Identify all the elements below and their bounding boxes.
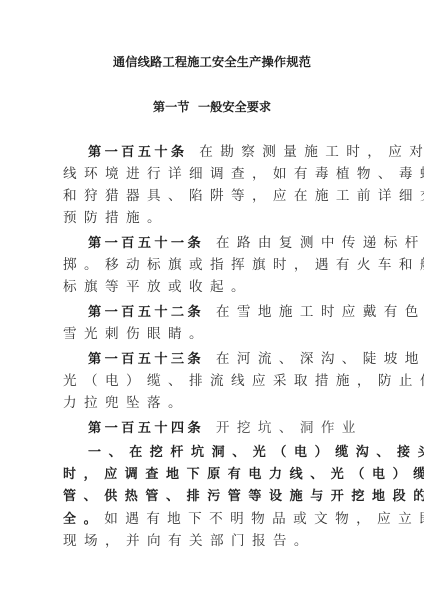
article-number: 第一百五十条 [88, 145, 188, 160]
paragraph-text: 掷。移动标旗或指挥旗时，遇有火车和船只等行驶，须将 [63, 254, 363, 276]
paragraph-text: 如遇有地下不明物品或文物，应立即停止挖掘，保护 [104, 511, 424, 527]
paragraph-text-bold: 全。 [63, 512, 104, 527]
article-154: 第一百五十四条 开挖坑、洞作业 [63, 417, 363, 439]
paragraph-text: 在河流、深沟、陡坡地段布放吊线、 [204, 351, 424, 367]
paragraph-text: 在路由复测中传递标杆时，不得抛 [204, 235, 424, 251]
paragraph-text: 开挖坑、洞作业 [204, 420, 363, 436]
paragraph-text: 现场，并向有关部门报告。 [63, 530, 363, 552]
document-title: 通信线路工程施工安全生产操作规范 [0, 53, 424, 70]
paragraph-text: 和狩猎器具、陷阱等，应在施工前详细交底并采取相应的 [63, 185, 363, 207]
paragraph-text: 雪光刺伤眼睛。 [63, 323, 363, 345]
article-151: 第一百五十一条 在路由复测中传递标杆时，不得抛 掷。移动标旗或指挥旗时，遇有火车… [63, 232, 363, 298]
section-heading: 第一节 一般安全要求 [0, 98, 424, 115]
paragraph-text-bold: 一、在挖杆坑洞、光（电）缆沟、接头坑、人孔坑 [63, 442, 363, 464]
article-152: 第一百五十二条 在雪地施工时应戴有色防护镜，以免 雪光刺伤眼睛。 [63, 301, 363, 345]
paragraph-text: 力拉兜坠落。 [63, 392, 363, 414]
document-body: 第一百五十条 在勘察测量施工时，应对路由经过的沿 线环境进行详细调查，如有毒植物… [63, 141, 363, 552]
article-number: 第一百五十二条 [88, 305, 204, 320]
article-number: 第一百五十一条 [88, 236, 204, 251]
article-153: 第一百五十三条 在河流、深沟、陡坡地段布放吊线、 光（电）缆、排流线应采取措施，… [63, 348, 363, 414]
article-150: 第一百五十条 在勘察测量施工时，应对路由经过的沿 线环境进行详细调查，如有毒植物… [63, 141, 363, 229]
paragraph-text: 在雪地施工时应戴有色防护镜，以免 [204, 304, 424, 320]
paragraph-text-bold: 时，应调查地下原有电力线、光（电）缆、煤气管、输水 [63, 464, 363, 486]
paragraph-text: 预防措施。 [63, 207, 363, 229]
paragraph-text: 线环境进行详细调查，如有毒植物、毒蛇、血吸虫、猛兽 [63, 163, 363, 185]
paragraph-text: 在勘察测量施工时，应对路由经过的沿 [188, 144, 424, 160]
paragraph-text: 标旗等平放或收起。 [63, 276, 363, 298]
paragraph-text-bold: 管、供热管、排污管等设施与开挖地段的间距并注意其安 [63, 486, 363, 508]
paragraph-text: 光（电）缆、排流线应采取措施，防止作业人员因线缆张 [63, 370, 363, 392]
article-number: 第一百五十四条 [88, 421, 204, 436]
article-number: 第一百五十三条 [88, 352, 204, 367]
article-154-item-1: 一、在挖杆坑洞、光（电）缆沟、接头坑、人孔坑 时，应调查地下原有电力线、光（电）… [63, 442, 363, 552]
